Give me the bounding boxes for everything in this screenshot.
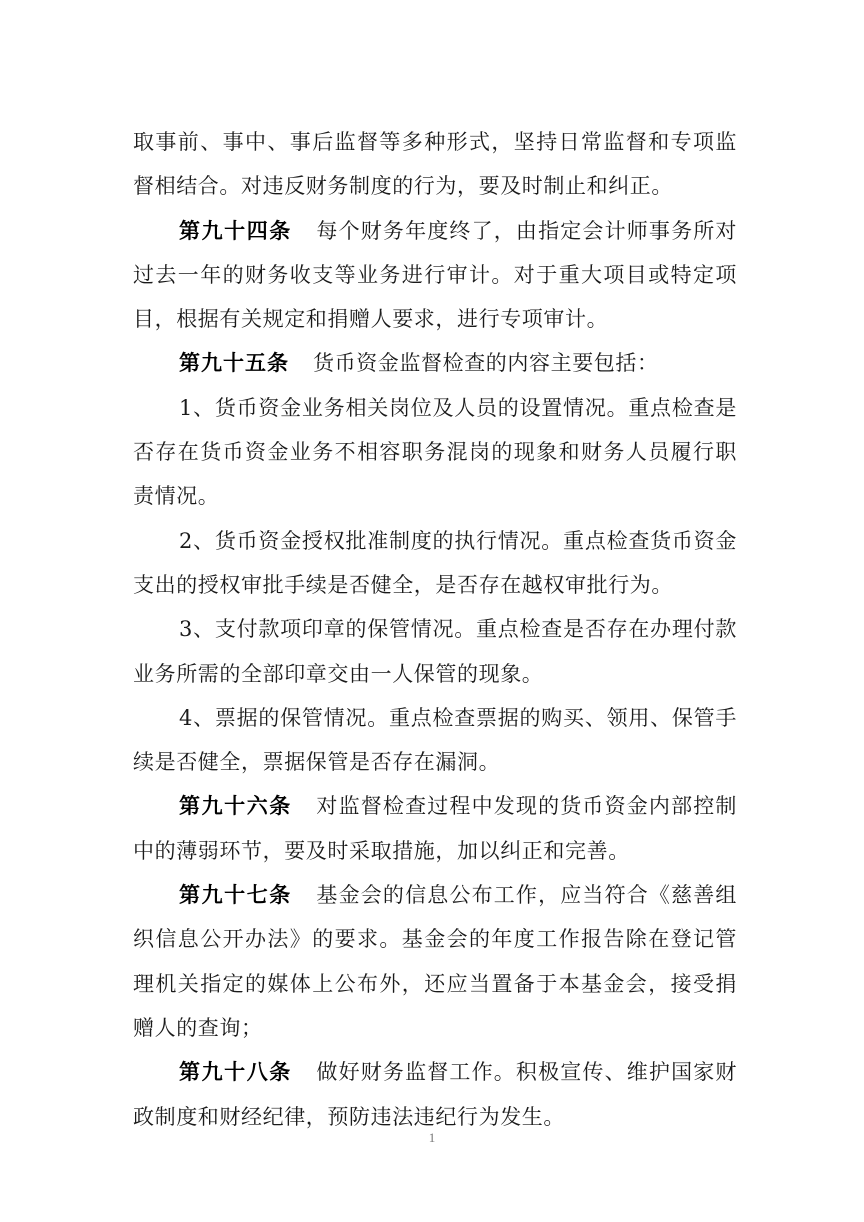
article-number: 第九十八条	[179, 1060, 292, 1084]
paragraph-text: 4、票据的保管情况。重点检查票据的购买、领用、保管手续是否健全，票据保管是否存在…	[133, 706, 737, 774]
paragraph-text: 3、支付款项印章的保管情况。重点检查是否存在办理付款业务所需的全部印章交由一人保…	[133, 617, 737, 685]
list-item-3: 3、支付款项印章的保管情况。重点检查是否存在办理付款业务所需的全部印章交由一人保…	[133, 607, 737, 696]
document-page: 取事前、事中、事后监督等多种形式，坚持日常监督和专项监督相结合。对违反财务制度的…	[0, 0, 864, 1222]
article-number: 第九十六条	[179, 794, 292, 818]
article-number: 第九十七条	[179, 883, 292, 907]
article-98: 第九十八条做好财务监督工作。积极宣传、维护国家财政制度和财经纪律，预防违法违纪行…	[133, 1050, 737, 1139]
paragraph-text: 2、货币资金授权批准制度的执行情况。重点检查货币资金支出的授权审批手续是否健全，…	[133, 529, 737, 597]
page-number: 1	[0, 1130, 864, 1146]
list-item-1: 1、货币资金业务相关岗位及人员的设置情况。重点检查是否存在货币资金业务不相容职务…	[133, 386, 737, 519]
document-body: 取事前、事中、事后监督等多种形式，坚持日常监督和专项监督相结合。对违反财务制度的…	[133, 120, 737, 1139]
article-94: 第九十四条每个财务年度终了，由指定会计师事务所对过去一年的财务收支等业务进行审计…	[133, 209, 737, 342]
list-item-2: 2、货币资金授权批准制度的执行情况。重点检查货币资金支出的授权审批手续是否健全，…	[133, 519, 737, 608]
paragraph-text: 货币资金监督检查的内容主要包括：	[313, 351, 659, 375]
article-95: 第九十五条货币资金监督检查的内容主要包括：	[133, 341, 737, 385]
list-item-4: 4、票据的保管情况。重点检查票据的购买、领用、保管手续是否健全，票据保管是否存在…	[133, 696, 737, 785]
article-number: 第九十五条	[179, 351, 289, 375]
paragraph-text: 取事前、事中、事后监督等多种形式，坚持日常监督和专项监督相结合。对违反财务制度的…	[133, 130, 737, 198]
article-number: 第九十四条	[179, 219, 292, 243]
article-97: 第九十七条基金会的信息公布工作，应当符合《慈善组织信息公开办法》的要求。基金会的…	[133, 873, 737, 1050]
article-96: 第九十六条对监督检查过程中发现的货币资金内部控制中的薄弱环节，要及时采取措施，加…	[133, 784, 737, 873]
paragraph-continuation: 取事前、事中、事后监督等多种形式，坚持日常监督和专项监督相结合。对违反财务制度的…	[133, 120, 737, 209]
paragraph-text: 1、货币资金业务相关岗位及人员的设置情况。重点检查是否存在货币资金业务不相容职务…	[133, 396, 737, 509]
